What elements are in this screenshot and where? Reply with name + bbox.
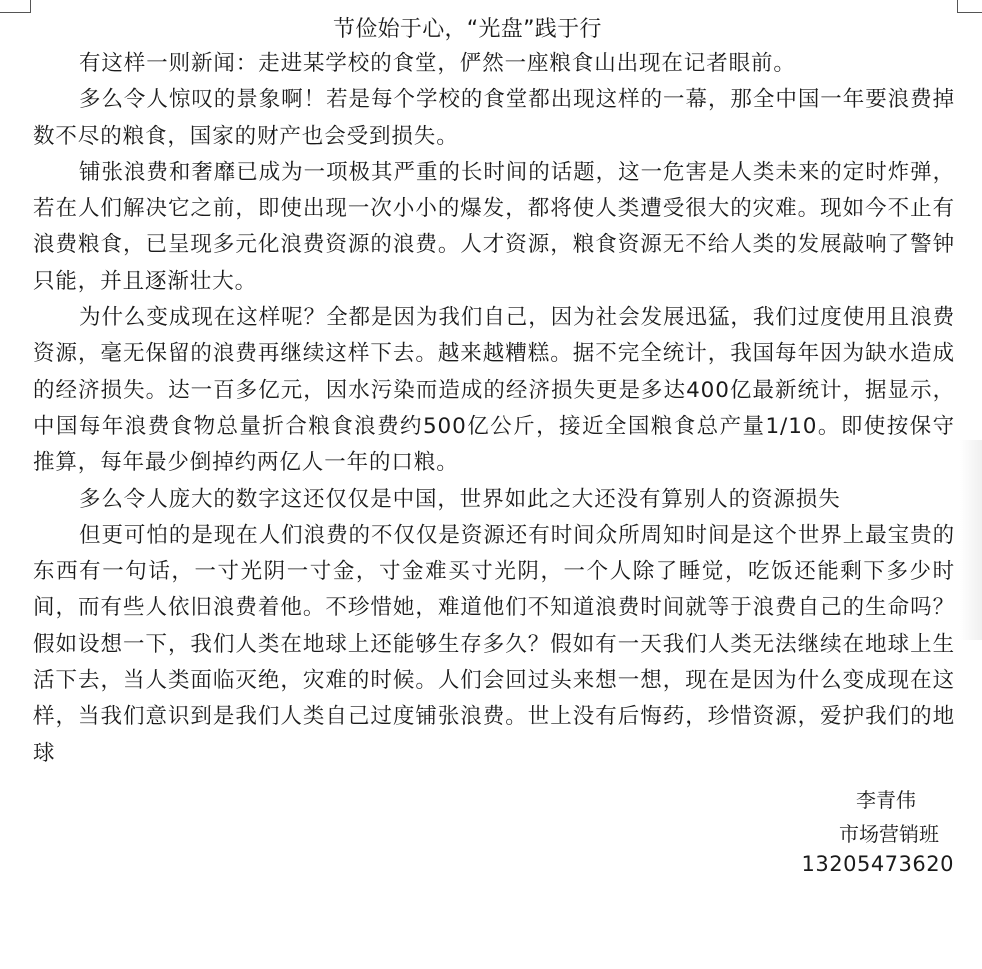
paragraph: 但更可怕的是现在人们浪费的不仅仅是资源还有时间众所周知时间是这个世界上最宝贵的东… bbox=[33, 518, 955, 772]
signature-class: 市场营销班 bbox=[839, 818, 939, 847]
document-body: 有这样一则新闻：走进某学校的食堂，俨然一座粮食山出现在记者眼前。 多么令人惊叹的… bbox=[33, 46, 955, 772]
document-title: 节俭始于心，“光盘”践于行 bbox=[333, 12, 602, 43]
paragraph: 多么令人庞大的数字这还仅仅是中国，世界如此之大还没有算别人的资源损失 bbox=[33, 482, 955, 518]
signature-phone: 13205473620 bbox=[802, 852, 954, 876]
paragraph: 铺张浪费和奢靡已成为一项极其严重的长时间的话题，这一危害是人类未来的定时炸弹，若… bbox=[33, 155, 955, 300]
signature-name: 李青伟 bbox=[856, 784, 916, 813]
paragraph: 有这样一则新闻：走进某学校的食堂，俨然一座粮食山出现在记者眼前。 bbox=[33, 46, 955, 82]
page-edge-shadow bbox=[960, 440, 982, 640]
page-corner-mark-right bbox=[957, 0, 982, 13]
paragraph: 多么令人惊叹的景象啊！若是每个学校的食堂都出现这样的一幕，那全中国一年要浪费掉数… bbox=[33, 82, 955, 155]
page-corner-mark-left bbox=[0, 0, 31, 13]
paragraph: 为什么变成现在这样呢？全都是因为我们自己，因为社会发展迅猛，我们过度使用且浪费资… bbox=[33, 300, 955, 481]
